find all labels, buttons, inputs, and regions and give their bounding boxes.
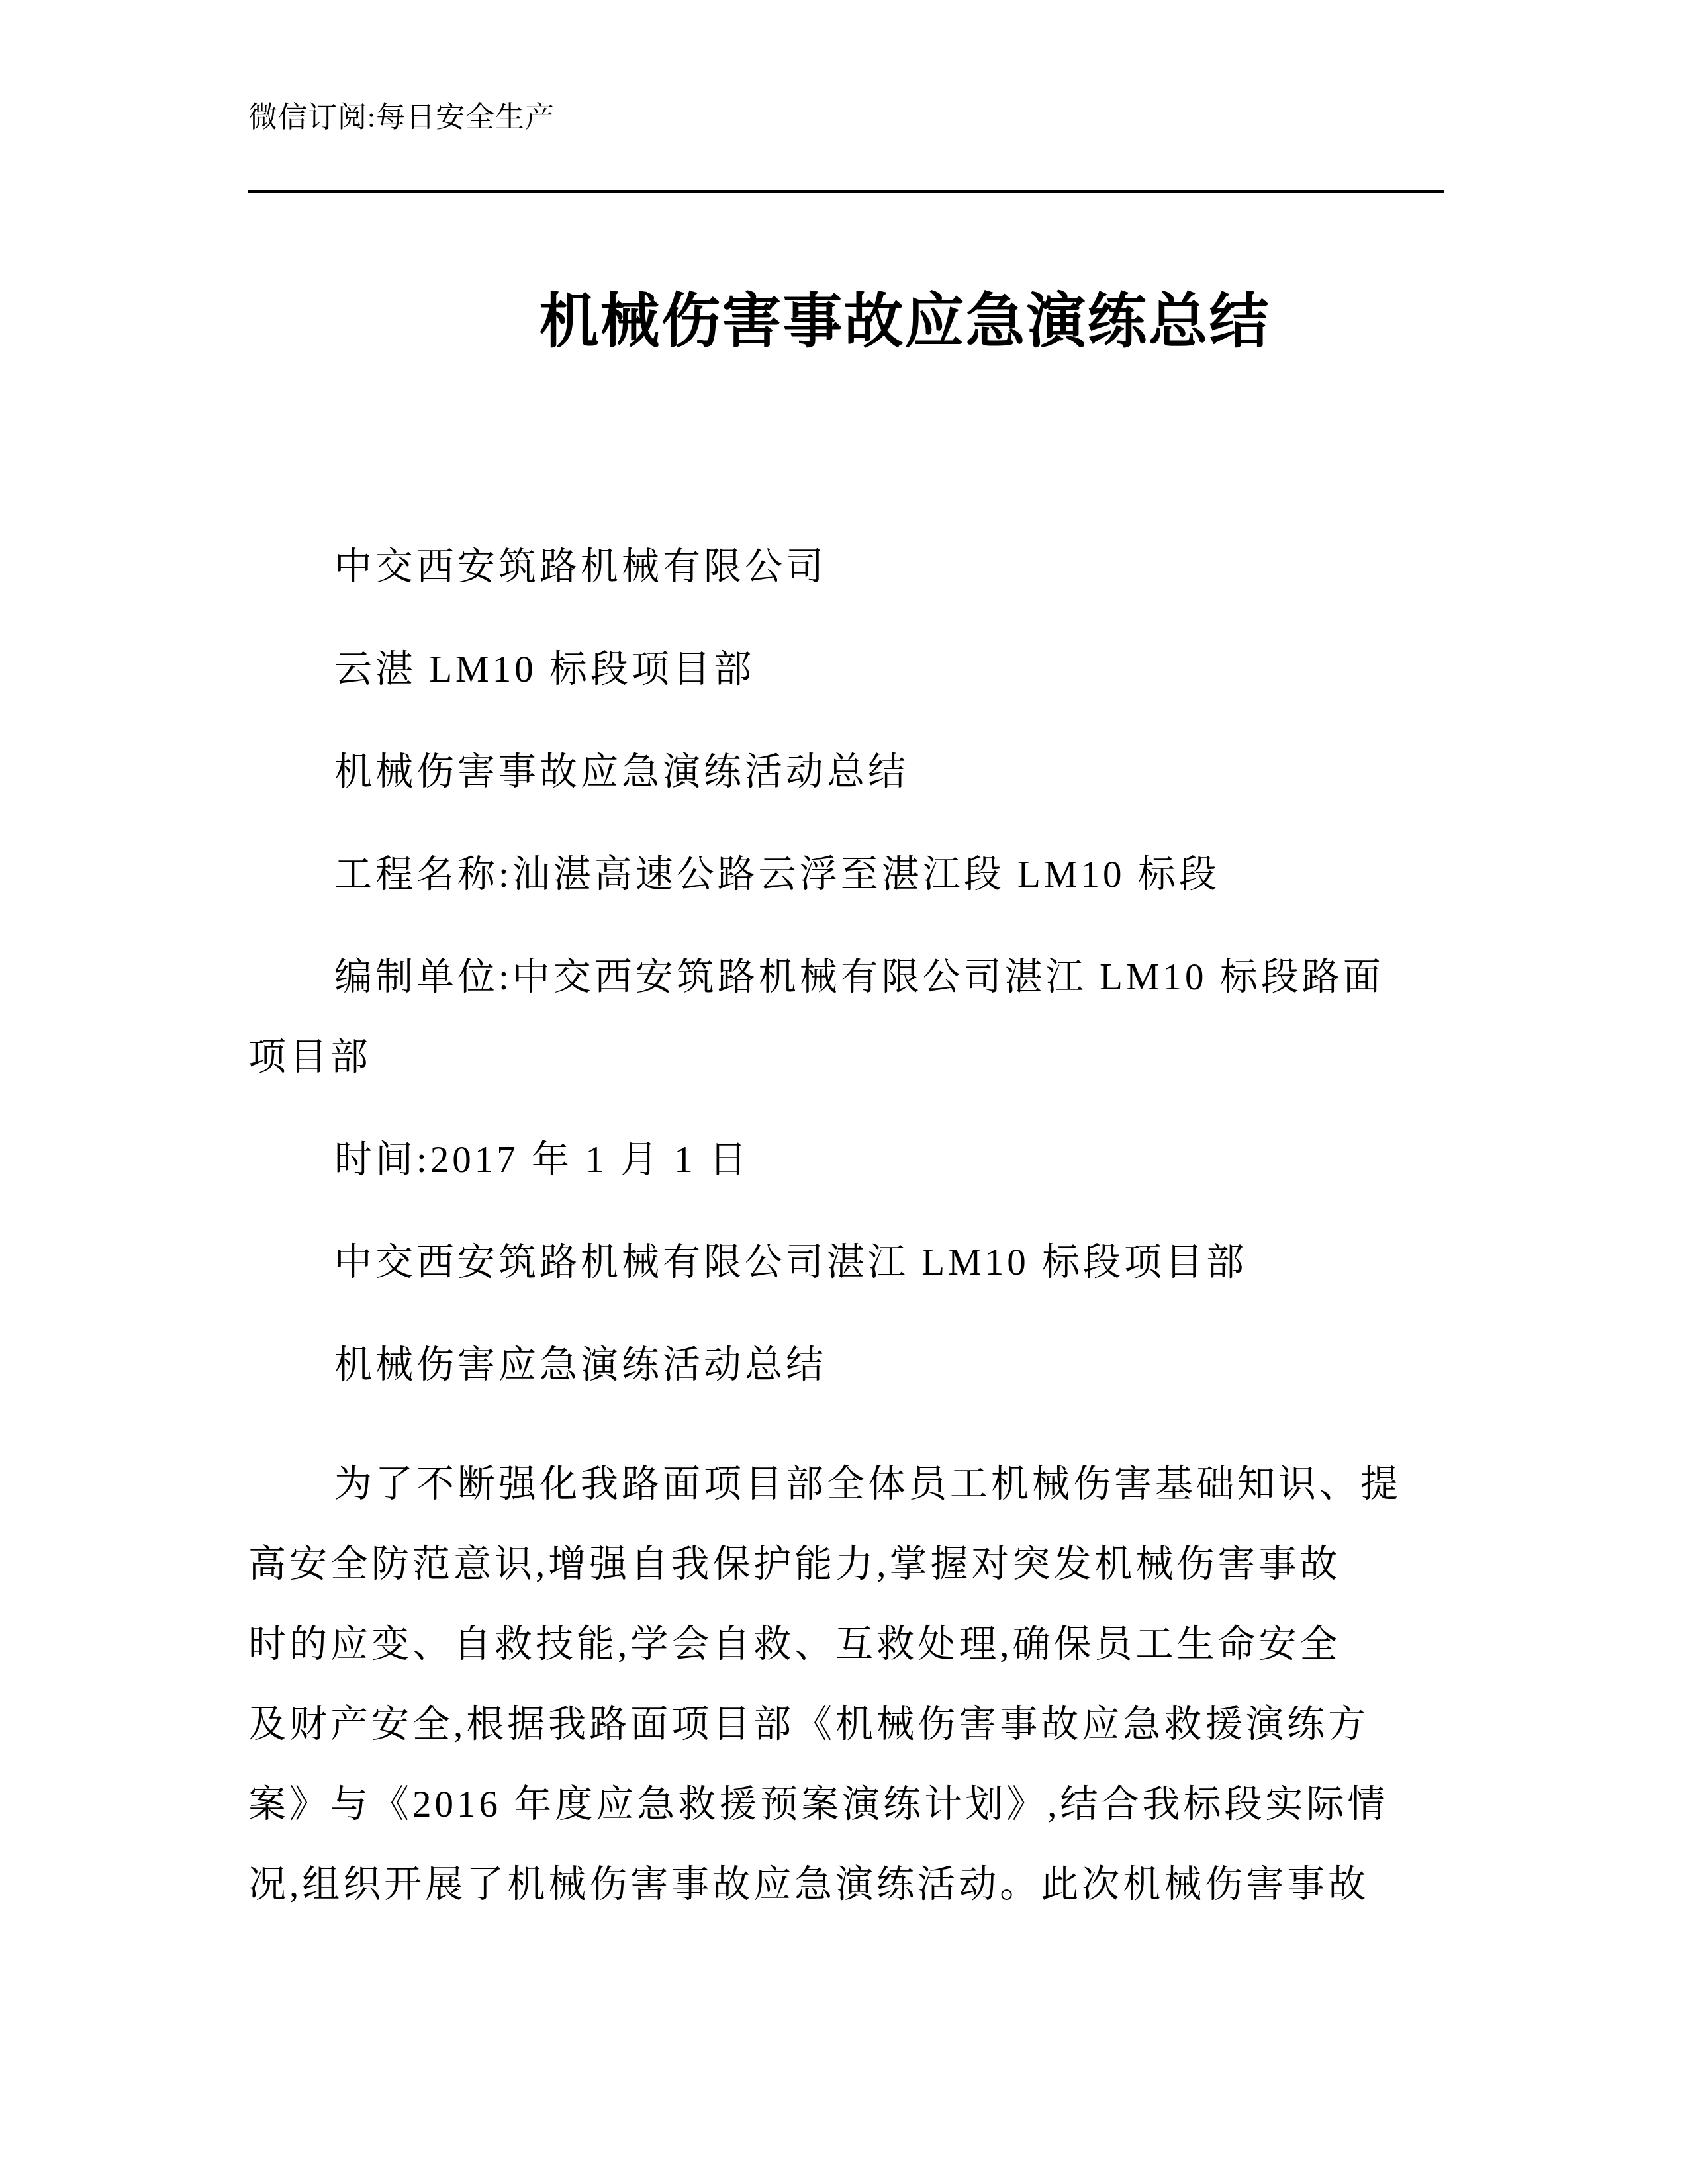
paragraph-8: 机械伤害应急演练活动总结: [248, 1325, 1444, 1405]
document-title: 机械伤害事故应急演练总结: [248, 286, 1444, 359]
paragraph-5: 编制单位:中交西安筑路机械有限公司湛江 LM10 标段路面 项目部: [248, 937, 1444, 1097]
paragraph-4: 工程名称:汕湛高速公路云浮至湛江段 LM10 标段: [248, 835, 1444, 915]
document-content-column: 微信订阅:每日安全生产 机械伤害事故应急演练总结 中交西安筑路机械有限公司云湛 …: [248, 0, 1444, 1925]
paragraph-7: 中交西安筑路机械有限公司湛江 LM10 标段项目部: [248, 1222, 1444, 1302]
header-divider-line: [248, 190, 1444, 193]
paragraph-6: 时间:2017 年 1 月 1 日: [248, 1120, 1444, 1200]
paragraph-2: 云湛 LM10 标段项目部: [248, 629, 1444, 709]
page-header-text: 微信订阅:每日安全生产: [248, 99, 1444, 136]
paragraph-9: 为了不断强化我路面项目部全体员工机械伤害基础知识、提 高安全防范意识,增强自我保…: [248, 1428, 1444, 1925]
paragraph-3: 机械伤害事故应急演练活动总结: [248, 732, 1444, 812]
document-page: 微信订阅:每日安全生产 机械伤害事故应急演练总结 中交西安筑路机械有限公司云湛 …: [0, 0, 1688, 2184]
paragraph-1: 中交西安筑路机械有限公司: [248, 527, 1444, 607]
document-body: 中交西安筑路机械有限公司云湛 LM10 标段项目部机械伤害事故应急演练活动总结工…: [248, 527, 1444, 1925]
